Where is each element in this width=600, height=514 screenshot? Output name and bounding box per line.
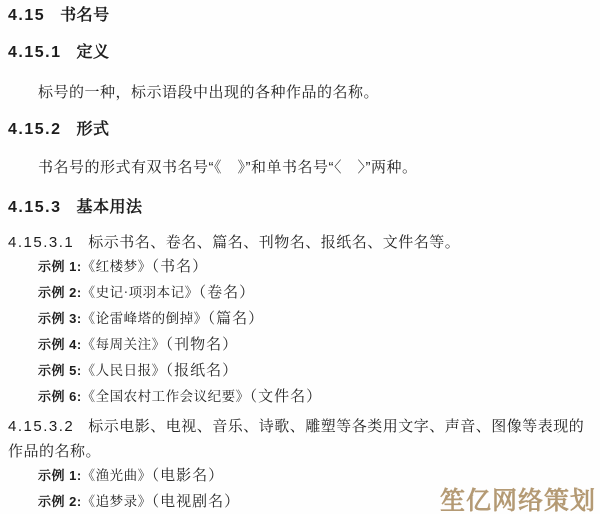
clause-text: 标示电影、电视、音乐、诗歌、雕塑等各类用文字、声音、图像等表现的作品的名称。 <box>8 418 584 460</box>
example-title: 《人民日报》 <box>82 363 166 378</box>
clause-heading-definition: 4.15.1定义 <box>8 44 594 62</box>
clause-title: 书名号 <box>60 7 110 24</box>
clause-number: 4.15.2 <box>8 121 61 138</box>
example-note: （卷名） <box>199 285 256 301</box>
example-item: 示例 1:《红楼梦》（书名） <box>38 258 594 276</box>
clause-number: 4.15.3.1 <box>8 234 74 251</box>
example-label: 示例 2: <box>38 494 82 509</box>
clause-heading-form: 4.15.2形式 <box>8 121 594 139</box>
example-note: （电视剧名） <box>152 494 241 510</box>
clause-heading-4-15: 4.15书名号 <box>8 7 594 25</box>
example-label: 示例 2: <box>38 285 82 300</box>
example-note: （报纸名） <box>166 363 239 379</box>
clause-number: 4.15.1 <box>8 44 61 61</box>
clause-title: 形式 <box>76 121 109 138</box>
example-item: 示例 4:《每周关注》（刊物名） <box>38 336 594 354</box>
example-title: 《渔光曲》 <box>82 468 152 483</box>
example-title: 《全国农村工作会议纪要》 <box>82 389 250 404</box>
example-label: 示例 6: <box>38 389 82 404</box>
clause-title: 基本用法 <box>76 199 142 216</box>
example-title: 《论雷峰塔的倒掉》 <box>82 311 208 326</box>
document-page: 4.15书名号 4.15.1定义 标号的一种，标示语段中出现的各种作品的名称。 … <box>0 0 600 514</box>
example-title: 《史记·项羽本记》 <box>82 285 199 300</box>
example-label: 示例 1: <box>38 468 82 483</box>
definition-paragraph: 标号的一种，标示语段中出现的各种作品的名称。 <box>8 84 594 101</box>
example-note: （篇名） <box>208 311 265 327</box>
example-item: 示例 3:《论雷峰塔的倒掉》（篇名） <box>38 310 594 328</box>
example-label: 示例 3: <box>38 311 82 326</box>
example-item: 示例 2:《史记·项羽本记》（卷名） <box>38 284 594 302</box>
example-item: 示例 6:《全国农村工作会议纪要》（文件名） <box>38 388 594 406</box>
clause-heading-basic-usage: 4.15.3基本用法 <box>8 199 594 217</box>
form-paragraph: 书名号的形式有双书名号“《 》”和单书名号“〈 〉”两种。 <box>8 159 594 176</box>
example-note: （文件名） <box>250 389 323 405</box>
example-item: 示例 5:《人民日报》（报纸名） <box>38 362 594 380</box>
example-label: 示例 1: <box>38 259 82 274</box>
clause-text: 标示书名、卷名、篇名、刊物名、报纸名、文件名等。 <box>88 234 460 251</box>
example-note: （刊物名） <box>166 337 239 353</box>
example-title: 《红楼梦》 <box>82 259 152 274</box>
usage-clause-1: 4.15.3.1标示书名、卷名、篇名、刊物名、报纸名、文件名等。 <box>8 230 594 255</box>
example-title: 《每周关注》 <box>82 337 166 352</box>
clause-number: 4.15 <box>8 7 45 24</box>
example-note: （电影名） <box>152 468 225 484</box>
watermark-text: 笙亿网络策划 <box>440 481 596 514</box>
example-label: 示例 4: <box>38 337 82 352</box>
usage-clause-2: 4.15.3.2标示电影、电视、音乐、诗歌、雕塑等各类用文字、声音、图像等表现的… <box>8 414 594 464</box>
example-label: 示例 5: <box>38 363 82 378</box>
clause-title: 定义 <box>76 44 109 61</box>
clause-number: 4.15.3 <box>8 199 61 216</box>
clause-number: 4.15.3.2 <box>8 418 74 435</box>
example-list-1: 示例 1:《红楼梦》（书名） 示例 2:《史记·项羽本记》（卷名） 示例 3:《… <box>8 258 594 406</box>
example-title: 《追梦录》 <box>82 494 152 509</box>
example-note: （书名） <box>152 259 209 275</box>
